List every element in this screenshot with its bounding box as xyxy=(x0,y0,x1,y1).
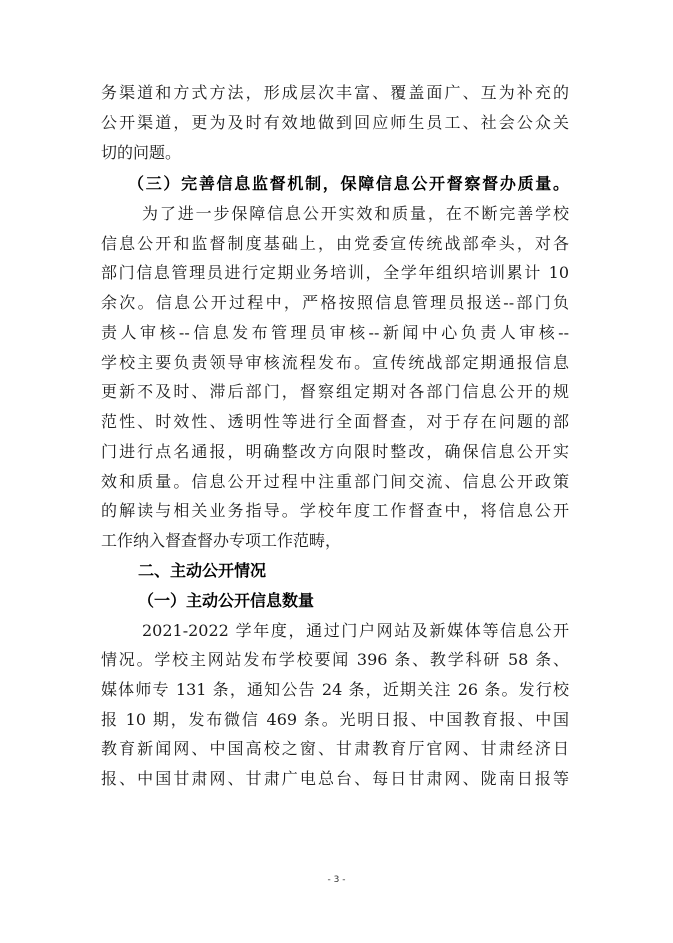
paragraph-first-line: 2021-2022 学年度，通过门户网站及新媒体等信息公开 xyxy=(142,616,569,646)
body-text-line: 工作纳入督查督办专项工作范畴， xyxy=(101,526,569,556)
body-text-line: 余次。信息公开过程中，严格按照信息管理员报送--部门负 xyxy=(101,288,569,318)
body-text-line: 信息公开和监督制度基础上，由党委宣传统战部牵头，对各 xyxy=(101,229,569,259)
body-text-line: 更新不及时、滞后部门，督察组定期对各部门信息公开的规 xyxy=(101,377,569,407)
document-page: 务渠道和方式方法，形成层次丰富、覆盖面广、互为补充的 公开渠道，更为及时有效地做… xyxy=(0,0,673,943)
body-text-line: 效和质量。信息公开过程中注重部门间交流、信息公开政策 xyxy=(101,467,569,497)
subsection-heading-1: （一）主动公开信息数量 xyxy=(138,586,569,616)
body-text-line: 的解读与相关业务指导。学校年度工作督查中，将信息公开 xyxy=(101,496,569,526)
body-text-line: 范性、时效性、透明性等进行全面督查，对于存在问题的部 xyxy=(101,407,569,437)
body-text-line: 责人审核--信息发布管理员审核--新闻中心负责人审核-- xyxy=(101,318,569,348)
body-text-line: 情况。学校主网站发布学校要闻 396 条、教学科研 58 条、 xyxy=(101,645,569,675)
body-text-line: 教育新闻网、中国高校之窗、甘肃教育厅官网、甘肃经济日 xyxy=(101,734,569,764)
section-heading-3: （三）完善信息监督机制，保障信息公开督察督办质量。 xyxy=(128,169,569,199)
body-text-line: 报 10 期，发布微信 469 条。光明日报、中国教育报、中国 xyxy=(101,705,569,735)
body-text-line: 部门信息管理员进行定期业务培训，全学年组织培训累计 10 xyxy=(101,258,569,288)
body-text-line: 公开渠道，更为及时有效地做到回应师生员工、社会公众关 xyxy=(101,108,569,138)
page-number: - 3 - xyxy=(0,872,673,888)
body-text-line: 媒体师专 131 条，通知公告 24 条，近期关注 26 条。发行校 xyxy=(101,675,569,705)
body-text-line: 学校主要负责领导审核流程发布。宣传统战部定期通报信息 xyxy=(101,348,569,378)
paragraph-first-line: 为了进一步保障信息公开实效和质量，在不断完善学校 xyxy=(142,199,569,229)
section-heading-2: 二、主动公开情况 xyxy=(138,556,569,586)
body-text-line: 门进行点名通报，明确整改方向限时整改，确保信息公开实 xyxy=(101,437,569,467)
body-text-line: 报、中国甘肃网、甘肃广电总台、每日甘肃网、陇南日报等 xyxy=(101,764,569,794)
body-text-line: 务渠道和方式方法，形成层次丰富、覆盖面广、互为补充的 xyxy=(101,78,569,108)
body-text-line: 切的问题。 xyxy=(101,138,569,168)
